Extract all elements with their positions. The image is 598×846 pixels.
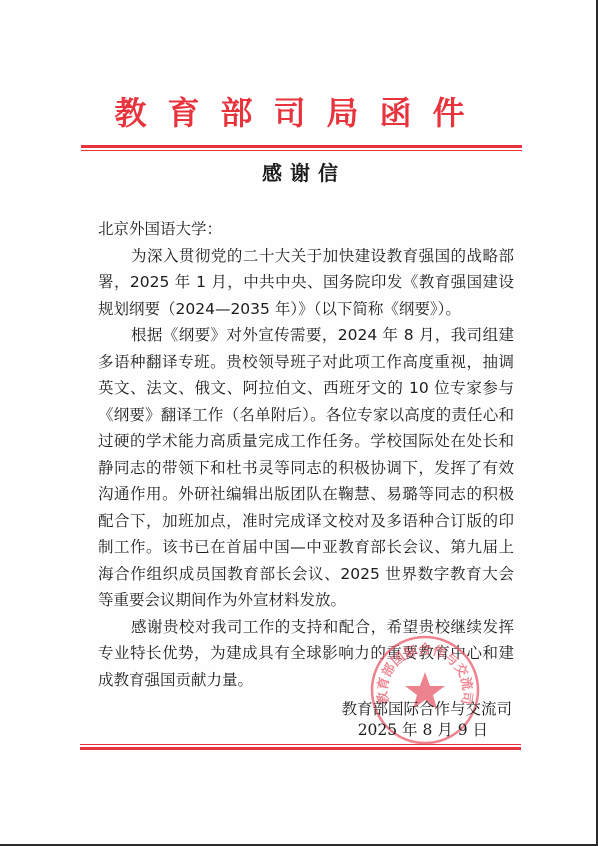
header-title: 教育部司局函件 (100, 93, 500, 133)
signature-date: 2025 年 8 月 9 日 (300, 720, 488, 740)
letter-title: 感谢信 (0, 160, 598, 186)
signature-department: 教育部国际合作与交流司 (300, 699, 512, 719)
header-rule-thin (81, 150, 522, 151)
footer-rule-thick (80, 747, 521, 750)
letter-page: 教育部司局函件 感谢信 北京外国语大学： 为深入贯彻党的二十大关于加快建设教育强… (0, 0, 598, 846)
header-rule-thick (81, 145, 522, 148)
paragraph-2: 根据《纲要》对外宣传需要，2024 年 8 月，我司组建多语种翻译专班。贵校领导… (98, 322, 514, 614)
letter-body: 北京外国语大学： 为深入贯彻党的二十大关于加快建设教育强国的战略部署，2025 … (98, 216, 514, 693)
paragraph-1: 为深入贯彻党的二十大关于加快建设教育强国的战略部署，2025 年 1 月，中共中… (98, 243, 514, 323)
salutation: 北京外国语大学： (98, 216, 514, 243)
